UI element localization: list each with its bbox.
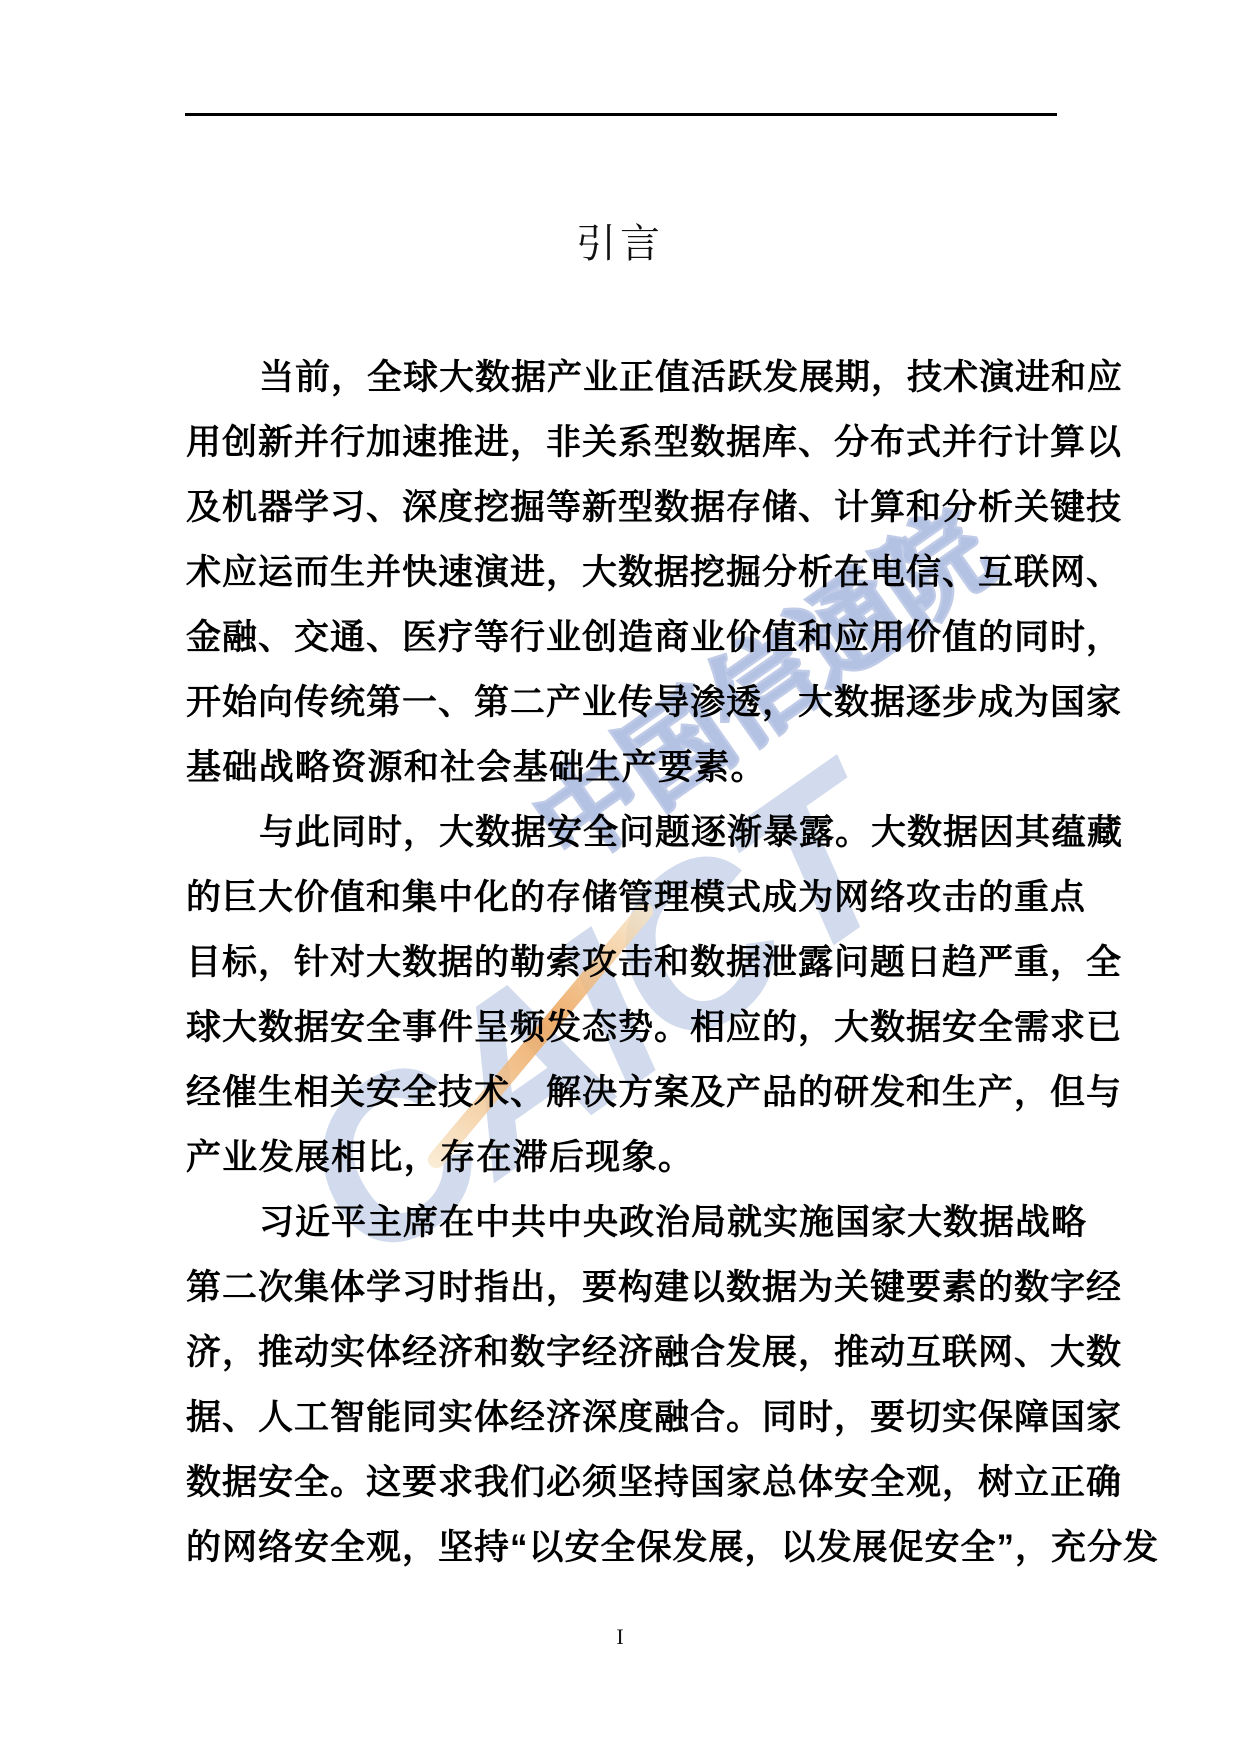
document-page: CAICT 中国信通院 引言 当前，全球大数据产业正值活跃发展期，技术演进和应用… bbox=[0, 0, 1240, 1754]
page-number: I bbox=[0, 1624, 1240, 1650]
text-line: 当前，全球大数据产业正值活跃发展期，技术演进和应 bbox=[186, 345, 1058, 410]
text-line: 数据安全。这要求我们必须坚持国家总体安全观，树立正确 bbox=[186, 1450, 1058, 1515]
text-line: 球大数据安全事件呈频发态势。相应的，大数据安全需求已 bbox=[186, 995, 1058, 1060]
text-line: 目标，针对大数据的勒索攻击和数据泄露问题日趋严重，全 bbox=[186, 930, 1058, 995]
text-line: 与此同时，大数据安全问题逐渐暴露。大数据因其蕴藏 bbox=[186, 800, 1058, 865]
text-line: 金融、交通、医疗等行业创造商业价值和应用价值的同时， bbox=[186, 605, 1058, 670]
text-line: 产业发展相比，存在滞后现象。 bbox=[186, 1125, 1058, 1190]
text-line: 用创新并行加速推进，非关系型数据库、分布式并行计算以 bbox=[186, 410, 1058, 475]
text-line: 经催生相关安全技术、解决方案及产品的研发和生产，但与 bbox=[186, 1060, 1058, 1125]
text-line: 据、人工智能同实体经济深度融合。同时，要切实保障国家 bbox=[186, 1385, 1058, 1450]
text-line: 济，推动实体经济和数字经济融合发展，推动互联网、大数 bbox=[186, 1320, 1058, 1385]
page-title: 引言 bbox=[0, 221, 1240, 267]
text-line: 基础战略资源和社会基础生产要素。 bbox=[186, 735, 1058, 800]
body-text: 当前，全球大数据产业正值活跃发展期，技术演进和应用创新并行加速推进，非关系型数据… bbox=[186, 345, 1058, 1580]
text-line: 的巨大价值和集中化的存储管理模式成为网络攻击的重点 bbox=[186, 865, 1058, 930]
text-line: 的网络安全观，坚持“以安全保发展，以发展促安全”，充分发 bbox=[186, 1515, 1058, 1580]
text-line: 术应运而生并快速演进，大数据挖掘分析在电信、互联网、 bbox=[186, 540, 1058, 605]
text-line: 第二次集体学习时指出，要构建以数据为关键要素的数字经 bbox=[186, 1255, 1058, 1320]
text-line: 开始向传统第一、第二产业传导渗透，大数据逐步成为国家 bbox=[186, 670, 1058, 735]
text-line: 及机器学习、深度挖掘等新型数据存储、计算和分析关键技 bbox=[186, 475, 1058, 540]
text-line: 习近平主席在中共中央政治局就实施国家大数据战略 bbox=[186, 1190, 1058, 1255]
header-rule bbox=[185, 113, 1057, 116]
